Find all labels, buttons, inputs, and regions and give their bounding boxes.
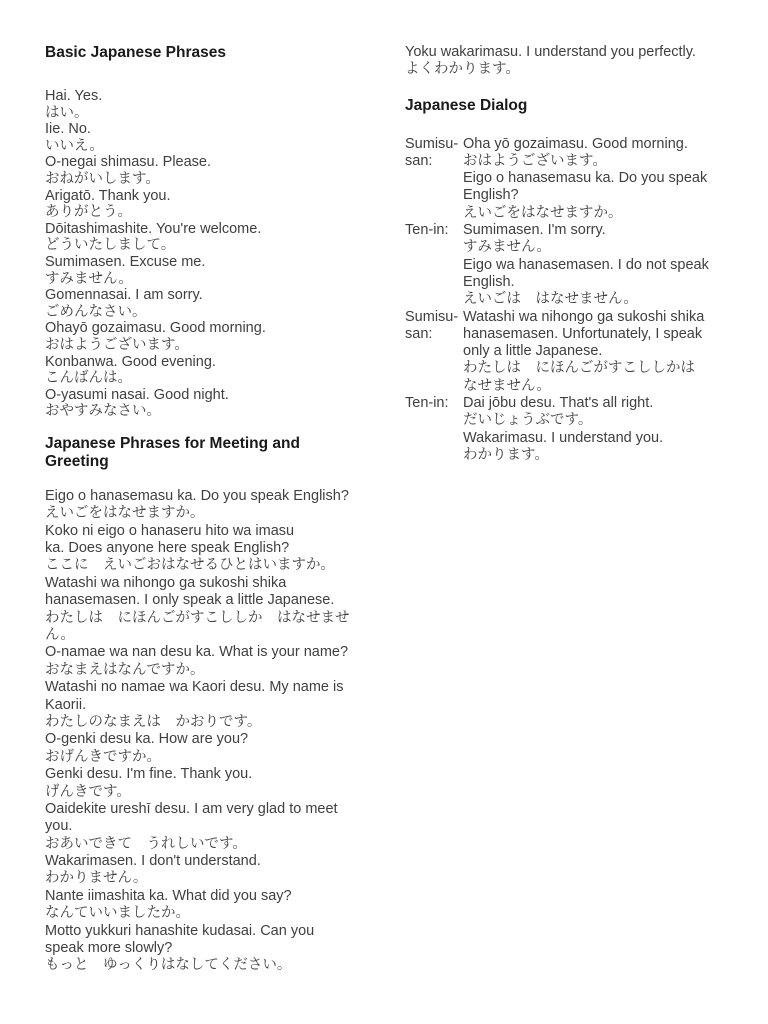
phrase-line: Nante iimashita ka. What did you say? — [45, 888, 401, 905]
phrase-line: Eigo o hanasemasu ka. Do you speak Engli… — [45, 488, 401, 505]
dialog-line: hanasemasen. Unfortunately, I speak — [463, 326, 757, 343]
phrase-line: なんていいましたか。 — [45, 905, 401, 922]
intro-line: Yoku wakarimasu. I understand you perfec… — [405, 44, 757, 61]
intro-lines: Yoku wakarimasu. I understand you perfec… — [405, 44, 757, 79]
phrase-line: Koko ni eigo o hanaseru hito wa imasu — [45, 523, 401, 540]
speaker-label: Ten-in: — [405, 395, 463, 412]
speaker-line: san: — [405, 153, 463, 170]
dialog-line: Eigo wa hanasemasen. I do not speak — [463, 257, 757, 274]
phrase-line: わかりません。 — [45, 870, 401, 887]
phrase-line: Sumimasen. Excuse me. — [45, 254, 401, 271]
dialog-line: だいじょうぶです。 — [463, 412, 757, 429]
phrase-line: O-genki desu ka. How are you? — [45, 731, 401, 748]
speaker-line: Ten-in: — [405, 222, 463, 239]
phrase-line: you. — [45, 818, 401, 835]
phrase-line: speak more slowly? — [45, 940, 401, 957]
dialog-line: Oha yō gozaimasu. Good morning. — [463, 136, 757, 153]
phrase-line: hanasemasen. I only speak a little Japan… — [45, 592, 401, 609]
phrase-line: Konbanwa. Good evening. — [45, 354, 401, 371]
section: Japanese Phrases for Meeting andGreeting… — [45, 435, 401, 975]
dialog-text: Dai jōbu desu. That's all right.だいじょうぶです… — [463, 395, 757, 430]
dialog-line: えいごは はなせません。 — [463, 291, 757, 308]
dialog-heading: Japanese Dialog — [405, 97, 757, 115]
phrase-line: Iie. No. — [45, 121, 401, 138]
dialog-row: Sumisu-san:Oha yō gozaimasu. Good mornin… — [405, 136, 757, 171]
phrase-line: Genki desu. I'm fine. Thank you. — [45, 766, 401, 783]
dialog-line: わかります。 — [463, 447, 757, 464]
phrase-line: ありがとう。 — [45, 204, 401, 221]
speaker-line: Sumisu- — [405, 136, 463, 153]
dialog-text: Eigo o hanasemasu ka. Do you speakEnglis… — [463, 170, 757, 222]
section-body: Eigo o hanasemasu ka. Do you speak Engli… — [45, 488, 401, 975]
dialog-row: Sumisu-san:Watashi wa nihongo ga sukoshi… — [405, 309, 757, 395]
speaker-label: Ten-in: — [405, 222, 463, 239]
section-heading: Japanese Phrases for Meeting andGreeting — [45, 435, 401, 471]
phrase-line: Watashi wa nihongo ga sukoshi shika — [45, 575, 401, 592]
dialog-line: おはようございます。 — [463, 153, 757, 170]
phrasebook-page: Basic Japanese PhrasesHai. Yes.はい。Iie. N… — [0, 0, 768, 1024]
speaker-label: Sumisu-san: — [405, 309, 463, 344]
heading-line: Greeting — [45, 453, 401, 471]
dialog-line: わたしは にほんごがすこししかは — [463, 360, 757, 377]
phrase-line: Wakarimasen. I don't understand. — [45, 853, 401, 870]
phrase-line: Watashi no namae wa Kaori desu. My name … — [45, 679, 401, 696]
dialog-line: すみません。 — [463, 239, 757, 256]
phrase-line: O-namae wa nan desu ka. What is your nam… — [45, 644, 401, 661]
phrase-line: Dōitashimashite. You're welcome. — [45, 221, 401, 238]
section-body: Hai. Yes.はい。Iie. No.いいえ。O-negai shimasu.… — [45, 88, 401, 420]
phrase-line: どういたしまして。 — [45, 237, 401, 254]
section: Basic Japanese PhrasesHai. Yes.はい。Iie. N… — [45, 44, 401, 420]
speaker-line: san: — [405, 326, 463, 343]
heading-line: Basic Japanese Phrases — [45, 44, 401, 62]
dialog-line: English? — [463, 187, 757, 204]
speaker-line: Sumisu- — [405, 309, 463, 326]
phrase-line: おげんきですか。 — [45, 749, 401, 766]
phrase-line: もっと ゆっくりはなしてください。 — [45, 957, 401, 974]
heading-line: Japanese Phrases for Meeting and — [45, 435, 401, 453]
dialog-line: Eigo o hanasemasu ka. Do you speak — [463, 170, 757, 187]
dialog-text: Eigo wa hanasemasen. I do not speakEngli… — [463, 257, 757, 309]
dialog-row: Wakarimasu. I understand you.わかります。 — [405, 430, 757, 465]
dialog-line: Wakarimasu. I understand you. — [463, 430, 757, 447]
phrase-line: Hai. Yes. — [45, 88, 401, 105]
dialog-text: Sumimasen. I'm sorry.すみません。 — [463, 222, 757, 257]
phrase-line: わたしのなまえは かおりです。 — [45, 714, 401, 731]
phrase-line: えいごをはなせますか。 — [45, 505, 401, 522]
section-heading: Basic Japanese Phrases — [45, 44, 401, 62]
dialog-line: Watashi wa nihongo ga sukoshi shika — [463, 309, 757, 326]
phrase-line: おねがいします。 — [45, 171, 401, 188]
phrase-line: Oaidekite ureshī desu. I am very glad to… — [45, 801, 401, 818]
phrase-line: ここに えいごおはなせるひとはいますか。 — [45, 557, 401, 574]
phrase-line: ka. Does anyone here speak English? — [45, 540, 401, 557]
dialog: Sumisu-san:Oha yō gozaimasu. Good mornin… — [405, 136, 757, 465]
dialog-line: なせません。 — [463, 378, 757, 395]
dialog-row: Eigo o hanasemasu ka. Do you speakEnglis… — [405, 170, 757, 222]
dialog-line: only a little Japanese. — [463, 343, 757, 360]
phrase-line: Motto yukkuri hanashite kudasai. Can you — [45, 923, 401, 940]
phrase-line: ごめんなさい。 — [45, 304, 401, 321]
phrase-line: O-negai shimasu. Please. — [45, 154, 401, 171]
phrase-line: Ohayō gozaimasu. Good morning. — [45, 320, 401, 337]
dialog-line: English. — [463, 274, 757, 291]
dialog-line: Sumimasen. I'm sorry. — [463, 222, 757, 239]
phrase-line: ん。 — [45, 627, 401, 644]
dialog-text: Oha yō gozaimasu. Good morning.おはようございます… — [463, 136, 757, 171]
speaker-label: Sumisu-san: — [405, 136, 463, 171]
intro-line: よくわかります。 — [405, 61, 757, 78]
dialog-text: Watashi wa nihongo ga sukoshi shikahanas… — [463, 309, 757, 395]
phrase-line: Gomennasai. I am sorry. — [45, 287, 401, 304]
dialog-line: えいごをはなせますか。 — [463, 205, 757, 222]
phrase-line: おはようございます。 — [45, 337, 401, 354]
dialog-line: Dai jōbu desu. That's all right. — [463, 395, 757, 412]
dialog-row: Ten-in:Sumimasen. I'm sorry.すみません。 — [405, 222, 757, 257]
phrase-line: はい。 — [45, 105, 401, 122]
phrase-line: げんきです。 — [45, 784, 401, 801]
left-column: Basic Japanese PhrasesHai. Yes.はい。Iie. N… — [45, 44, 401, 975]
phrase-line: わたしは にほんごがすこししか はなせませ — [45, 610, 401, 627]
phrase-line: おあいできて うれしいです。 — [45, 836, 401, 853]
phrase-line: こんばんは。 — [45, 370, 401, 387]
phrase-line: Arigatō. Thank you. — [45, 188, 401, 205]
phrase-line: O-yasumi nasai. Good night. — [45, 387, 401, 404]
phrase-line: すみません。 — [45, 271, 401, 288]
phrase-line: Kaorii. — [45, 697, 401, 714]
phrase-line: おやすみなさい。 — [45, 403, 401, 420]
phrase-line: おなまえはなんですか。 — [45, 662, 401, 679]
speaker-line: Ten-in: — [405, 395, 463, 412]
right-column: Yoku wakarimasu. I understand you perfec… — [405, 44, 757, 464]
dialog-text: Wakarimasu. I understand you.わかります。 — [463, 430, 757, 465]
dialog-row: Eigo wa hanasemasen. I do not speakEngli… — [405, 257, 757, 309]
dialog-row: Ten-in:Dai jōbu desu. That's all right.だ… — [405, 395, 757, 430]
phrase-line: いいえ。 — [45, 138, 401, 155]
